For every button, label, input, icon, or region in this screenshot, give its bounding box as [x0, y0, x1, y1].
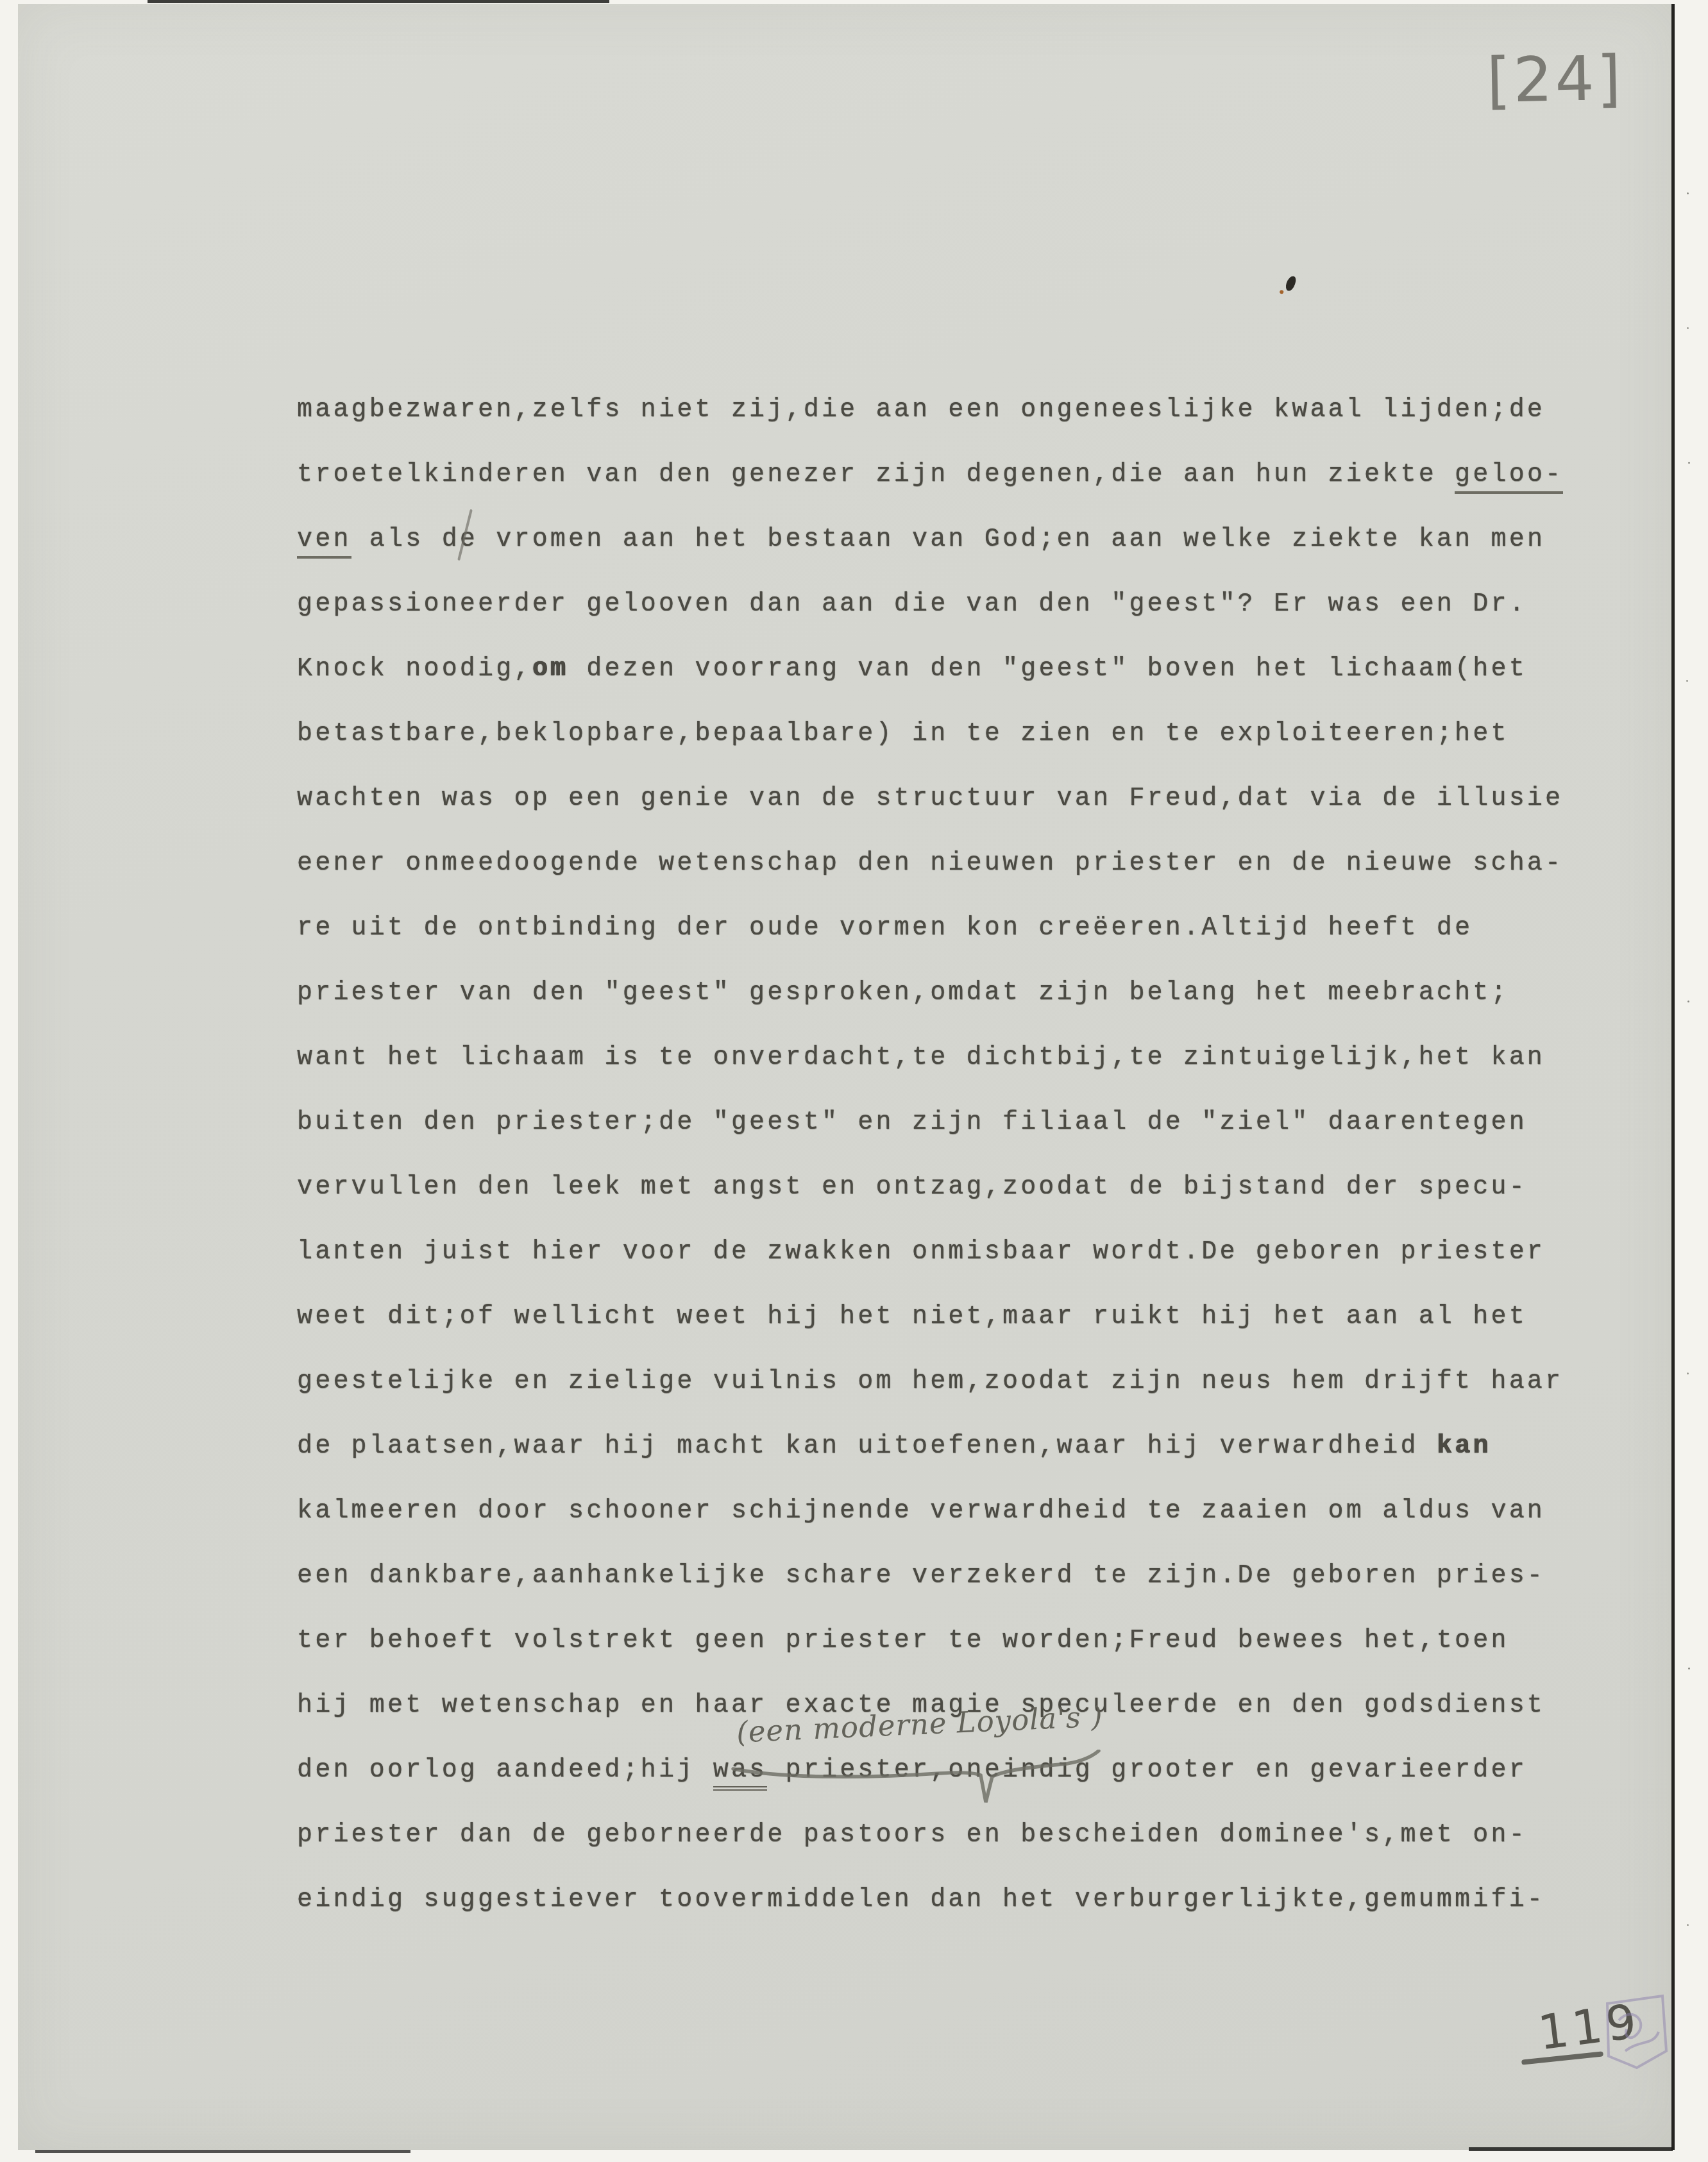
- typewritten-text: maagbezwaren,zelfs niet zij,die aan een …: [297, 378, 1605, 1932]
- text-segment: ter behoeft volstrekt geen priester te w…: [297, 1626, 1509, 1655]
- text-line: wachten was op een genie van de structuu…: [297, 766, 1605, 831]
- text-line: troetelkinderen van den genezer zijn deg…: [297, 443, 1605, 507]
- text-line: priester van den "geest" gesproken,omdat…: [297, 961, 1605, 1026]
- text-segment: kalmeeren door schooner schijnende verwa…: [297, 1497, 1545, 1526]
- insertion-caret-mark: [728, 1750, 1126, 1811]
- text-line: geestelijke en zielige vuilnis om hem,zo…: [297, 1349, 1605, 1414]
- text-line: de plaatsen,waar hij macht kan uitoefene…: [297, 1414, 1605, 1479]
- text-segment: een dankbare,aanhankelijke schare verzek…: [297, 1562, 1545, 1591]
- text-segment: buiten den priester;de "geest" en zijn f…: [297, 1108, 1527, 1137]
- text-line: een dankbare,aanhankelijke schare verzek…: [297, 1544, 1605, 1609]
- text-segment: troetelkinderen van den genezer zijn deg…: [297, 460, 1455, 489]
- overstruck-word: om: [532, 655, 568, 684]
- text-line: re uit de ontbinding der oude vormen kon…: [297, 896, 1605, 961]
- text-line: ven als de vromen aan het bestaan van Go…: [297, 507, 1605, 572]
- text-line: betastbare,beklopbare,bepaalbare) in te …: [297, 702, 1605, 766]
- text-segment: weet dit;of wellicht weet hij het niet,m…: [297, 1303, 1527, 1331]
- page-number-annotation: [24]: [1486, 42, 1609, 116]
- scan-edge-artifact: [1469, 2147, 1673, 2151]
- text-segment: priester dan de geborneerde pastoors en …: [297, 1821, 1527, 1850]
- text-segment: wachten was op een genie van de structuu…: [297, 784, 1563, 813]
- text-line: want het lichaam is te onverdacht,te dic…: [297, 1026, 1605, 1090]
- text-line: maagbezwaren,zelfs niet zij,die aan een …: [297, 378, 1605, 443]
- text-segment: gepassioneerder gelooven dan aan die van…: [297, 590, 1527, 619]
- text-line: buiten den priester;de "geest" en zijn f…: [297, 1090, 1605, 1155]
- text-segment: als de vromen aan het bestaan van God;en…: [351, 525, 1545, 554]
- text-segment: want het lichaam is te onverdacht,te dic…: [297, 1043, 1545, 1072]
- scan-edge-artifact: [148, 0, 609, 3]
- text-line: ter behoeft volstrekt geen priester te w…: [297, 1609, 1605, 1673]
- text-segment: lanten juist hier voor de zwakken onmisb…: [297, 1238, 1545, 1267]
- document-scan: [24] maagbezwaren,zelfs niet zij,die aan…: [0, 0, 1708, 2162]
- text-line: kalmeeren door schooner schijnende verwa…: [297, 1479, 1605, 1544]
- text-line: Knock noodig,om dezen voorrang van den "…: [297, 637, 1605, 702]
- text-line: eener onmeedoogende wetenschap den nieuw…: [297, 831, 1605, 896]
- overstruck-word: kan: [1437, 1432, 1491, 1461]
- text-segment: den oorlog aandeed;hij: [297, 1756, 713, 1785]
- text-line: gepassioneerder gelooven dan aan die van…: [297, 572, 1605, 637]
- text-line: weet dit;of wellicht weet hij het niet,m…: [297, 1285, 1605, 1349]
- text-segment: re uit de ontbinding der oude vormen kon…: [297, 914, 1473, 943]
- text-segment: dezen voorrang van den "geest" boven het…: [568, 655, 1527, 684]
- text-line: lanten juist hier voor de zwakken onmisb…: [297, 1220, 1605, 1285]
- underlined-word: ven: [297, 525, 351, 559]
- text-line: eindig suggestiever toovermiddelen dan h…: [297, 1868, 1605, 1932]
- text-line: priester dan de geborneerde pastoors en …: [297, 1803, 1605, 1868]
- archive-stamp-icon: [1600, 1992, 1677, 2075]
- text-line: vervullen den leek met angst en ontzag,z…: [297, 1155, 1605, 1220]
- text-segment: de plaatsen,waar hij macht kan uitoefene…: [297, 1432, 1437, 1461]
- text-segment: betastbare,beklopbare,bepaalbare) in te …: [297, 720, 1509, 748]
- text-segment: geestelijke en zielige vuilnis om hem,zo…: [297, 1367, 1563, 1396]
- text-segment: maagbezwaren,zelfs niet zij,die aan een …: [297, 396, 1545, 425]
- underlined-word: geloo-: [1455, 460, 1563, 494]
- scan-edge-artifact: [35, 2150, 410, 2153]
- text-segment: eener onmeedoogende wetenschap den nieuw…: [297, 849, 1563, 878]
- text-segment: Knock noodig,: [297, 655, 532, 684]
- text-segment: vervullen den leek met angst en ontzag,z…: [297, 1173, 1527, 1202]
- text-segment: priester van den "geest" gesproken,omdat…: [297, 979, 1509, 1008]
- text-segment: eindig suggestiever toovermiddelen dan h…: [297, 1886, 1545, 1914]
- scan-speckles: [1687, 192, 1689, 194]
